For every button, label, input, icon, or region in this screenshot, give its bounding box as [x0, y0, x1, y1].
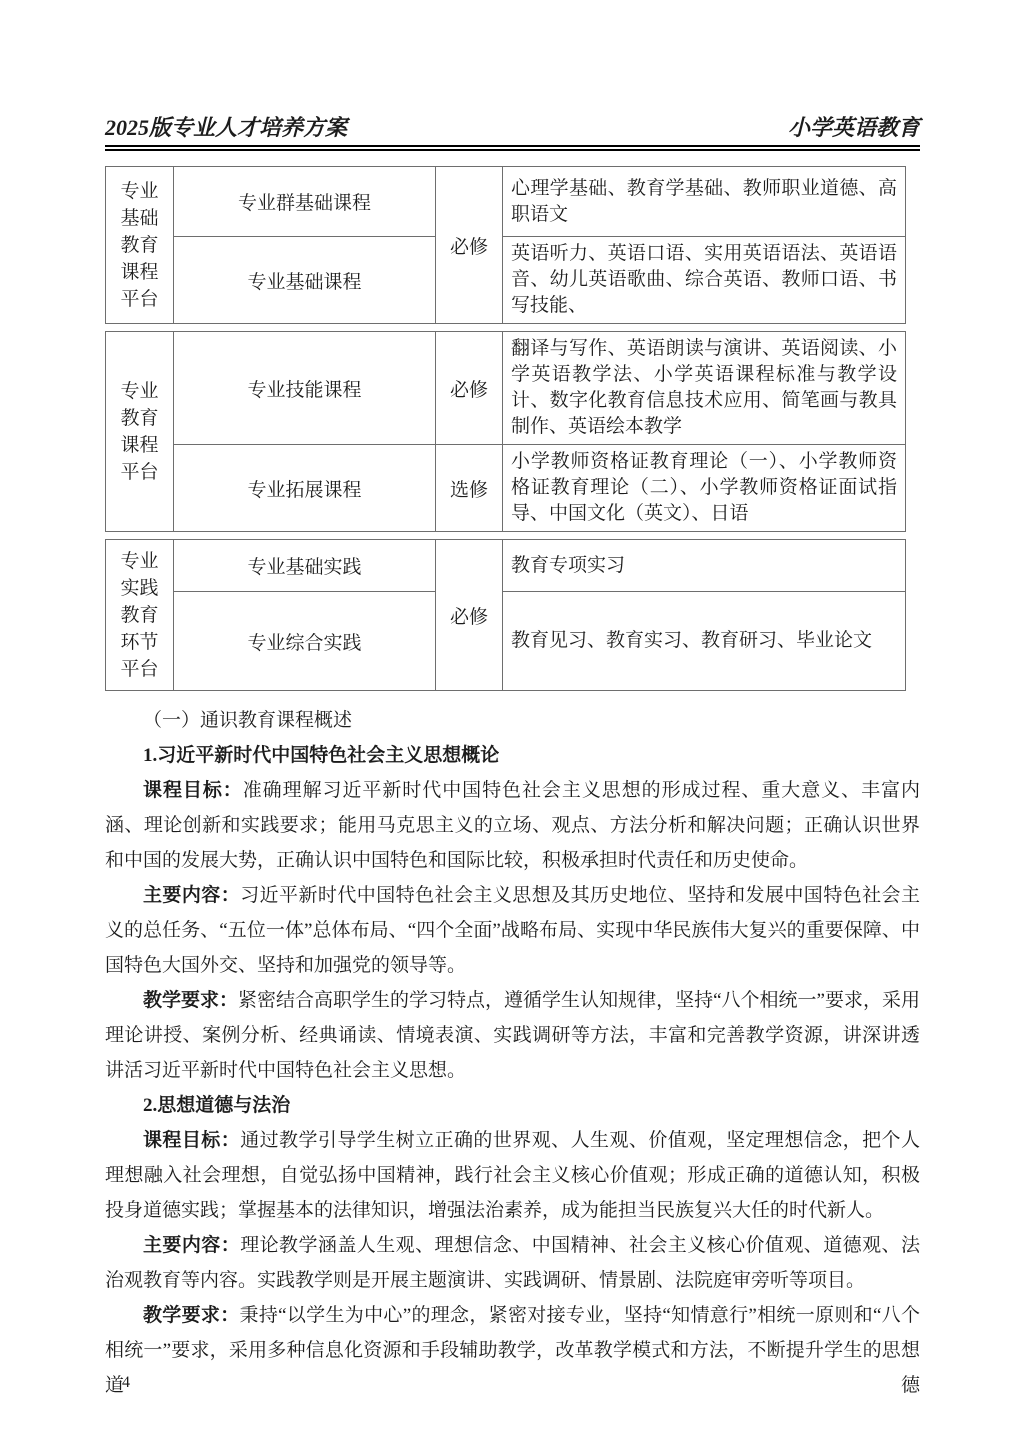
page-number: 4	[122, 1373, 130, 1393]
table-row: 专业 实践 教育 环节 平台 专业基础实践 必修 教育专项实习	[106, 540, 906, 592]
courses-cell: 翻译与写作、英语朗读与演讲、英语阅读、小学英语教学法、小学英语课程标准与教学设计…	[503, 332, 906, 445]
teaching-label: 教学要求：	[143, 990, 238, 1011]
requirement-cell: 必修	[436, 167, 503, 324]
requirement-cell: 选修	[436, 445, 503, 532]
goal-label: 课程目标：	[143, 1130, 240, 1151]
courses-cell: 教育专项实习	[503, 540, 906, 592]
course-table-basic-education: 专业 基础 教育 课程 平台 专业群基础课程 必修 心理学基础、教育学基础、教师…	[105, 166, 906, 324]
course1-goal-paragraph: 课程目标：准确理解习近平新时代中国特色社会主义思想的形成过程、重大意义、丰富内涵…	[105, 773, 920, 878]
content-label: 主要内容：	[143, 885, 240, 906]
document-page: 2025版专业人才培养方案 小学英语教育 专业 基础 教育 课程 平台 专业群基…	[0, 0, 1024, 1448]
course2-title: 2.思想道德与法治	[105, 1088, 920, 1123]
teaching-label: 教学要求：	[143, 1305, 240, 1326]
page-content: 2025版专业人才培养方案 小学英语教育 专业 基础 教育 课程 平台 专业群基…	[105, 0, 920, 1403]
category-cell: 专业综合实践	[174, 592, 436, 691]
category-cell: 专业基础实践	[174, 540, 436, 592]
category-cell: 专业基础课程	[174, 237, 436, 324]
courses-cell: 小学教师资格证教育理论（一）、小学教师资格证教育理论（二）、小学教师资格证面试指…	[503, 445, 906, 532]
header-right-title: 小学英语教育	[788, 115, 920, 141]
course1-teaching-paragraph: 教学要求：紧密结合高职学生的学习特点，遵循学生认知规律，坚持“八个相统一”要求，…	[105, 983, 920, 1088]
courses-cell: 教育见习、教育实习、教育研习、毕业论文	[503, 592, 906, 691]
platform-cell: 专业 教育 课程 平台	[106, 332, 174, 532]
category-cell: 专业拓展课程	[174, 445, 436, 532]
course1-content-paragraph: 主要内容：习近平新时代中国特色社会主义思想及其历史地位、坚持和发展中国特色社会主…	[105, 878, 920, 983]
header-double-rule	[105, 145, 920, 151]
table-row: 专业基础课程 英语听力、英语口语、实用英语语法、英语语音、幼儿英语歌曲、综合英语…	[106, 237, 906, 324]
header-left-title: 2025版专业人才培养方案	[105, 115, 347, 141]
platform-cell: 专业 基础 教育 课程 平台	[106, 167, 174, 324]
body-text: （一）通识教育课程概述 1.习近平新时代中国特色社会主义思想概论 课程目标：准确…	[105, 703, 920, 1403]
category-cell: 专业技能课程	[174, 332, 436, 445]
course-table-practice: 专业 实践 教育 环节 平台 专业基础实践 必修 教育专项实习 专业综合实践 教…	[105, 539, 906, 691]
course2-content-paragraph: 主要内容：理论教学涵盖人生观、理想信念、中国精神、社会主义核心价值观、道德观、法…	[105, 1228, 920, 1298]
running-header: 2025版专业人才培养方案 小学英语教育	[105, 0, 920, 141]
content-label: 主要内容：	[143, 1235, 240, 1256]
goal-label: 课程目标：	[143, 780, 243, 801]
table-row: 专业综合实践 教育见习、教育实习、教育研习、毕业论文	[106, 592, 906, 691]
table-row: 专业 教育 课程 平台 专业技能课程 必修 翻译与写作、英语朗读与演讲、英语阅读…	[106, 332, 906, 445]
section-heading: （一）通识教育课程概述	[105, 703, 920, 738]
category-cell: 专业群基础课程	[174, 167, 436, 237]
course2-goal-paragraph: 课程目标：通过教学引导学生树立正确的世界观、人生观、价值观，坚定理想信念，把个人…	[105, 1123, 920, 1228]
table-row: 专业拓展课程 选修 小学教师资格证教育理论（一）、小学教师资格证教育理论（二）、…	[106, 445, 906, 532]
requirement-cell: 必修	[436, 540, 503, 691]
requirement-cell: 必修	[436, 332, 503, 445]
table-row: 专业 基础 教育 课程 平台 专业群基础课程 必修 心理学基础、教育学基础、教师…	[106, 167, 906, 237]
platform-cell: 专业 实践 教育 环节 平台	[106, 540, 174, 691]
course-table-professional-education: 专业 教育 课程 平台 专业技能课程 必修 翻译与写作、英语朗读与演讲、英语阅读…	[105, 331, 906, 532]
courses-cell: 英语听力、英语口语、实用英语语法、英语语音、幼儿英语歌曲、综合英语、教师口语、书…	[503, 237, 906, 324]
course1-title: 1.习近平新时代中国特色社会主义思想概论	[105, 738, 920, 773]
course2-teaching-paragraph: 教学要求：秉持“以学生为中心”的理念，紧密对接专业，坚持“知情意行”相统一原则和…	[105, 1298, 920, 1403]
courses-cell: 心理学基础、教育学基础、教师职业道德、高职语文	[503, 167, 906, 237]
